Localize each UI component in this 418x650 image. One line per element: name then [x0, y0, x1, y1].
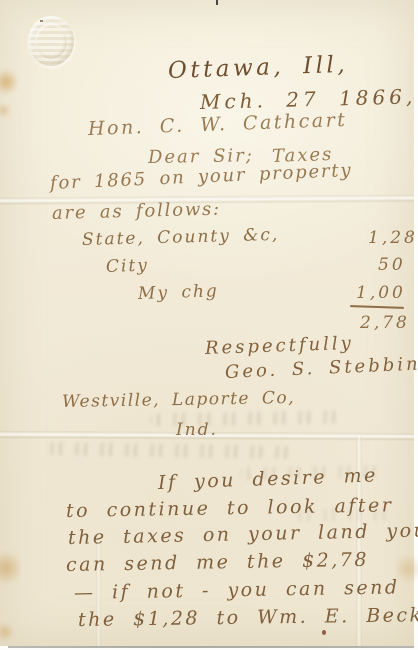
charge-row-amount: 1,00: [356, 283, 406, 303]
postscript-line: If you desire me: [158, 464, 379, 494]
body-line: are as follows:: [52, 199, 221, 224]
postscript-line: can send me the $2,78: [66, 549, 369, 576]
edge-stain: [0, 103, 11, 118]
address-line: Ind.: [176, 420, 218, 440]
embossed-seal: [28, 16, 74, 66]
total-rule: [350, 305, 404, 309]
recipient-line: Hon. C. W. Cathcart: [88, 109, 348, 140]
postscript-line: — if not - you can send: [74, 576, 400, 604]
ink-blot: [322, 630, 326, 635]
closing-line: Respectfully: [205, 333, 355, 359]
bleed-through-ghost-text: [42, 442, 292, 459]
signature: Geo. S. Stebbins: [225, 353, 418, 383]
scanned-letter-stage: Ottawa, Ill, Mch. 27 1866, Hon. C. W. Ca…: [0, 0, 418, 650]
letter-paper: Ottawa, Ill, Mch. 27 1866, Hon. C. W. Ca…: [0, 0, 414, 646]
charge-row-amount: 1,28: [368, 228, 418, 248]
place-line: Ottawa, Ill,: [168, 52, 349, 84]
edge-stain: [0, 622, 14, 642]
charge-row-label: State, County &c,: [82, 225, 280, 250]
charge-row-amount: 50: [378, 255, 406, 275]
edge-stain: [0, 548, 20, 588]
postscript-line: the taxes on your land you: [68, 519, 418, 549]
edge-stain: [0, 68, 18, 96]
scan-bottom-edge: [8, 646, 414, 648]
charge-row-label: My chg: [138, 281, 219, 304]
charges-total: 2,78: [360, 313, 410, 333]
scan-registration-mark: [216, 0, 218, 5]
address-line: Westville, Laporte Co,: [62, 388, 295, 412]
charge-row-label: City: [106, 256, 150, 277]
paper-speck: [40, 20, 43, 22]
postscript-line: the $1,28 to Wm. E. Beck.: [78, 604, 418, 631]
